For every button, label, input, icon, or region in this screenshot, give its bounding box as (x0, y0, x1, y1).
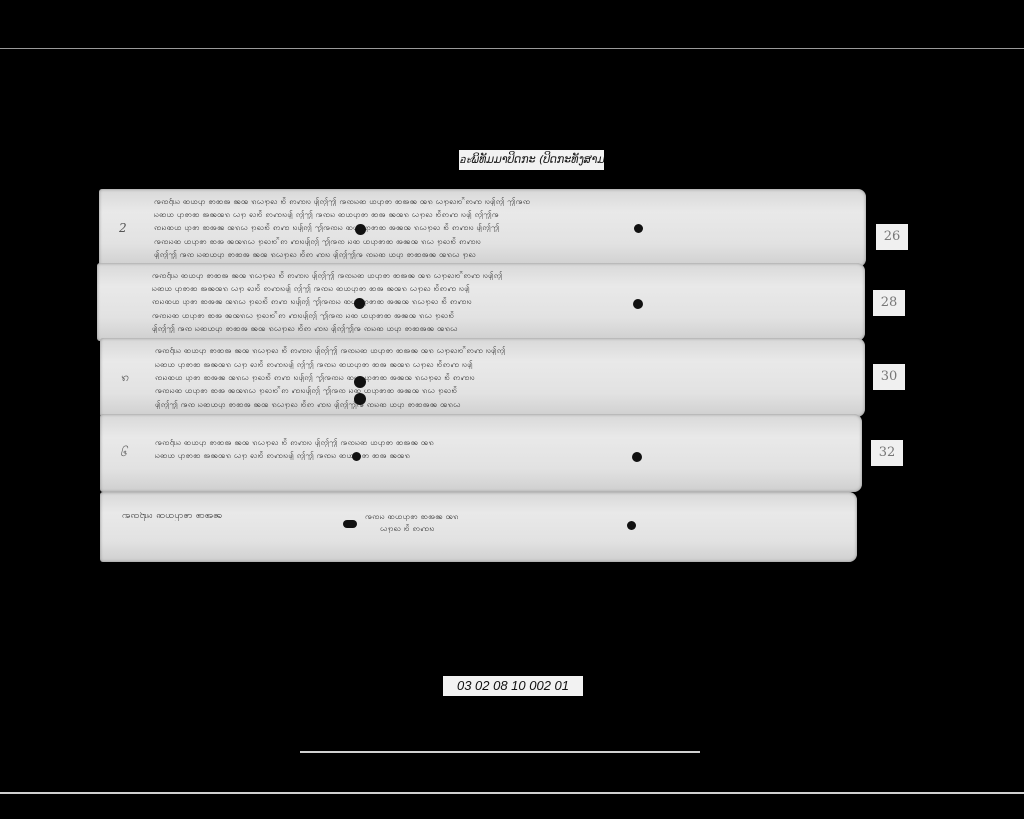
binding-hole (355, 224, 366, 235)
text-line: ꩠꩡ꩷ꩢ ꩣꩤꩥ ꩦꩧꩨ ꩩꩪ ꩫꩬꩭꩮ ꩯꩰ ꩱꩲꩳ ꩴꩵꩶ ꩠꩡꩢꩣ ꩤꩥꩦ… (155, 346, 825, 355)
binding-hole (632, 452, 642, 462)
binding-hole (627, 521, 636, 530)
binding-hole (354, 393, 366, 405)
text-line: ꩴꩵꩶ ꩠꩡ ꩢꩣꩤꩥ ꩦꩧꩨ ꩩꩪ ꩫꩬꩭꩮ ꩯꩰꩱ ꩲꩳ ꩴꩵꩶꩠ ꩡꩢꩣ … (152, 324, 825, 333)
text-line: ꩢꩣꩤ ꩥꩦꩧ ꩨꩩꩪꩫ ꩬꩭ ꩮꩯꩰ ꩱꩲꩳꩴ ꩵꩶ ꩠꩡꩢ ꩣꩤꩥꩦ ꩧꩨ … (155, 451, 502, 460)
binding-hole (634, 224, 643, 233)
leaf-text: ꩠꩡ꩷ꩢ ꩣꩤꩥ ꩦꩧꩨ ꩩꩪ ꩫꩬꩭꩮ ꩯꩰ ꩱꩲꩳ ꩴꩵꩶ ꩠꩡꩢꩣ ꩤꩥꩦ… (155, 436, 502, 462)
binding-hole (352, 452, 361, 461)
text-line: ꩡꩢꩣꩤ ꩥꩦ ꩧꩨꩩ ꩪꩫꩬ ꩭꩮꩯꩰ ꩱꩲ ꩳꩴꩵ ꩶꩠꩡꩢ ꩣꩤ ꩥꩦꩧ … (154, 223, 826, 232)
manuscript-title-label: อะພິທັມມາປິດກະ (ປິດກະທັງສາມ) (459, 150, 604, 170)
text-line: ꩡꩢꩣꩤ ꩥꩦ ꩧꩨꩩ ꩪꩫꩬ ꩭꩮꩯꩰ ꩱꩲ ꩳꩴꩵ ꩶꩠꩡꩢ ꩣꩤ ꩥꩦꩧ … (152, 297, 825, 306)
binding-hole (633, 299, 643, 309)
palm-leaf-4: ၆ ꩠꩡ꩷ꩢ ꩣꩤꩥ ꩦꩧꩨ ꩩꩪ ꩫꩬꩭꩮ ꩯꩰ ꩱꩲꩳ ꩴꩵꩶ ꩠꩡꩢꩣ ꩤ… (100, 414, 862, 492)
text-line: ꩠꩡ꩷ꩢ ꩣꩤꩥ ꩦꩧꩨ ꩩꩪ ꩫꩬꩭꩮ ꩯꩰ ꩱꩲꩳ ꩴꩵꩶ ꩠꩡꩢꩣ ꩤꩥꩦ… (154, 197, 826, 206)
page-marker: ၆ (120, 444, 127, 462)
top-border-line (0, 48, 1024, 49)
text-line: ꩬꩭꩮ ꩯꩰ ꩱꩲꩳ (380, 524, 459, 533)
text-line: ꩢꩣꩤ ꩥꩦꩧ ꩨꩩꩪꩫ ꩬꩭ ꩮꩯꩰ ꩱꩲꩳꩴ ꩵꩶ ꩠꩡꩢ ꩣꩤꩥꩦ ꩧꩨ … (155, 360, 825, 369)
palm-leaf-5-colophon: ꩠꩡ꩷ꩢ ꩣꩤꩥꩦ ꩧꩨꩩ ꩠꩡꩢ ꩣꩤꩥꩦ ꩧꩨꩩ ꩪꩫ ꩬꩭꩮ ꩯꩰ ꩱꩲꩳ (100, 492, 857, 562)
palm-leaf-3: ꩫ ꩠꩡ꩷ꩢ ꩣꩤꩥ ꩦꩧꩨ ꩩꩪ ꩫꩬꩭꩮ ꩯꩰ ꩱꩲꩳ ꩴꩵꩶ ꩠꩡꩢꩣ ꩤ… (100, 338, 865, 417)
leaf-text: ꩠꩡ꩷ꩢ ꩣꩤꩥ ꩦꩧꩨ ꩩꩪ ꩫꩬꩭꩮ ꩯꩰ ꩱꩲꩳ ꩴꩵꩶ ꩠꩡꩢꩣ ꩤꩥꩦ… (154, 195, 826, 261)
text-line: ꩢꩣꩤ ꩥꩦꩧ ꩨꩩꩪꩫ ꩬꩭ ꩮꩯꩰ ꩱꩲꩳꩴ ꩵꩶ ꩠꩡꩢ ꩣꩤꩥꩦ ꩧꩨ … (152, 284, 825, 293)
catalog-id-label: 03 02 08 10 002 01 (443, 676, 583, 696)
page-marker: 2 (119, 221, 127, 235)
page-tag-26: 26 (876, 224, 908, 250)
mid-bottom-line (300, 751, 700, 753)
text-line: ꩠꩡꩢꩣ ꩤꩥꩦ ꩧꩨ ꩩꩪꩫꩬ ꩭꩮꩯ ꩰꩱ ꩲꩳꩴꩵ ꩶꩠꩡ ꩢꩣ ꩤꩥꩦꩧ… (155, 386, 825, 395)
page-tag-28: 28 (873, 290, 905, 316)
palm-leaf-1: 2 ꩠꩡ꩷ꩢ ꩣꩤꩥ ꩦꩧꩨ ꩩꩪ ꩫꩬꩭꩮ ꩯꩰ ꩱꩲꩳ ꩴꩵꩶ ꩠꩡꩢꩣ ꩤ… (99, 189, 866, 267)
binding-hole (354, 298, 365, 309)
text-line: ꩡꩢꩣꩤ ꩥꩦ ꩧꩨꩩ ꩪꩫꩬ ꩭꩮꩯꩰ ꩱꩲ ꩳꩴꩵ ꩶꩠꩡꩢ ꩣꩤ ꩥꩦꩧ … (155, 373, 825, 382)
leaf-text: ꩠꩡ꩷ꩢ ꩣꩤꩥ ꩦꩧꩨ ꩩꩪ ꩫꩬꩭꩮ ꩯꩰ ꩱꩲꩳ ꩴꩵꩶ ꩠꩡꩢꩣ ꩤꩥꩦ… (152, 269, 825, 335)
colophon-right: ꩠꩡꩢ ꩣꩤꩥꩦ ꩧꩨꩩ ꩪꩫ ꩬꩭꩮ ꩯꩰ ꩱꩲꩳ (365, 512, 459, 533)
text-line: ꩴꩵꩶ ꩠꩡ ꩢꩣꩤꩥ ꩦꩧꩨ ꩩꩪ ꩫꩬꩭꩮ ꩯꩰꩱ ꩲꩳ ꩴꩵꩶꩠ ꩡꩢꩣ … (154, 250, 826, 259)
page-tag-32: 32 (871, 440, 903, 466)
text-line: ꩠꩡ꩷ꩢ ꩣꩤꩥ ꩦꩧꩨ ꩩꩪ ꩫꩬꩭꩮ ꩯꩰ ꩱꩲꩳ ꩴꩵꩶ ꩠꩡꩢꩣ ꩤꩥꩦ… (155, 438, 502, 447)
page-marker: ꩫ (120, 369, 128, 387)
leaf-text: ꩠꩡ꩷ꩢ ꩣꩤꩥ ꩦꩧꩨ ꩩꩪ ꩫꩬꩭꩮ ꩯꩰ ꩱꩲꩳ ꩴꩵꩶ ꩠꩡꩢꩣ ꩤꩥꩦ… (155, 344, 825, 411)
text-line: ꩴꩵꩶ ꩠꩡ ꩢꩣꩤꩥ ꩦꩧꩨ ꩩꩪ ꩫꩬꩭꩮ ꩯꩰꩱ ꩲꩳ ꩴꩵꩶꩠ ꩡꩢꩣ … (155, 400, 825, 409)
bottom-border-line (0, 792, 1024, 794)
colophon-left-text: ꩠꩡ꩷ꩢ ꩣꩤꩥꩦ ꩧꩨꩩ (122, 512, 222, 521)
text-line: ꩠꩡꩢꩣ ꩤꩥꩦ ꩧꩨ ꩩꩪꩫꩬ ꩭꩮꩯ ꩰꩱ ꩲꩳꩴꩵ ꩶꩠꩡ ꩢꩣ ꩤꩥꩦꩧ… (152, 311, 825, 320)
palm-leaf-2: ꩠꩡ꩷ꩢ ꩣꩤꩥ ꩦꩧꩨ ꩩꩪ ꩫꩬꩭꩮ ꩯꩰ ꩱꩲꩳ ꩴꩵꩶ ꩠꩡꩢꩣ ꩤꩥꩦ… (97, 263, 865, 341)
text-line: ꩠꩡꩢꩣ ꩤꩥꩦ ꩧꩨ ꩩꩪꩫꩬ ꩭꩮꩯ ꩰꩱ ꩲꩳꩴꩵ ꩶꩠꩡ ꩢꩣ ꩤꩥꩦꩧ… (154, 237, 826, 246)
text-line: ꩠꩡꩢ ꩣꩤꩥꩦ ꩧꩨꩩ ꩪꩫ (365, 512, 459, 521)
text-line: ꩠꩡ꩷ꩢ ꩣꩤꩥ ꩦꩧꩨ ꩩꩪ ꩫꩬꩭꩮ ꩯꩰ ꩱꩲꩳ ꩴꩵꩶ ꩠꩡꩢꩣ ꩤꩥꩦ… (152, 271, 825, 280)
text-line: ꩢꩣꩤ ꩥꩦꩧ ꩨꩩꩪꩫ ꩬꩭ ꩮꩯꩰ ꩱꩲꩳꩴ ꩵꩶ ꩠꩡꩢ ꩣꩤꩥꩦ ꩧꩨ … (154, 210, 826, 219)
page-tag-30: 30 (873, 364, 905, 390)
ink-blot (343, 520, 357, 528)
binding-hole (354, 376, 366, 388)
